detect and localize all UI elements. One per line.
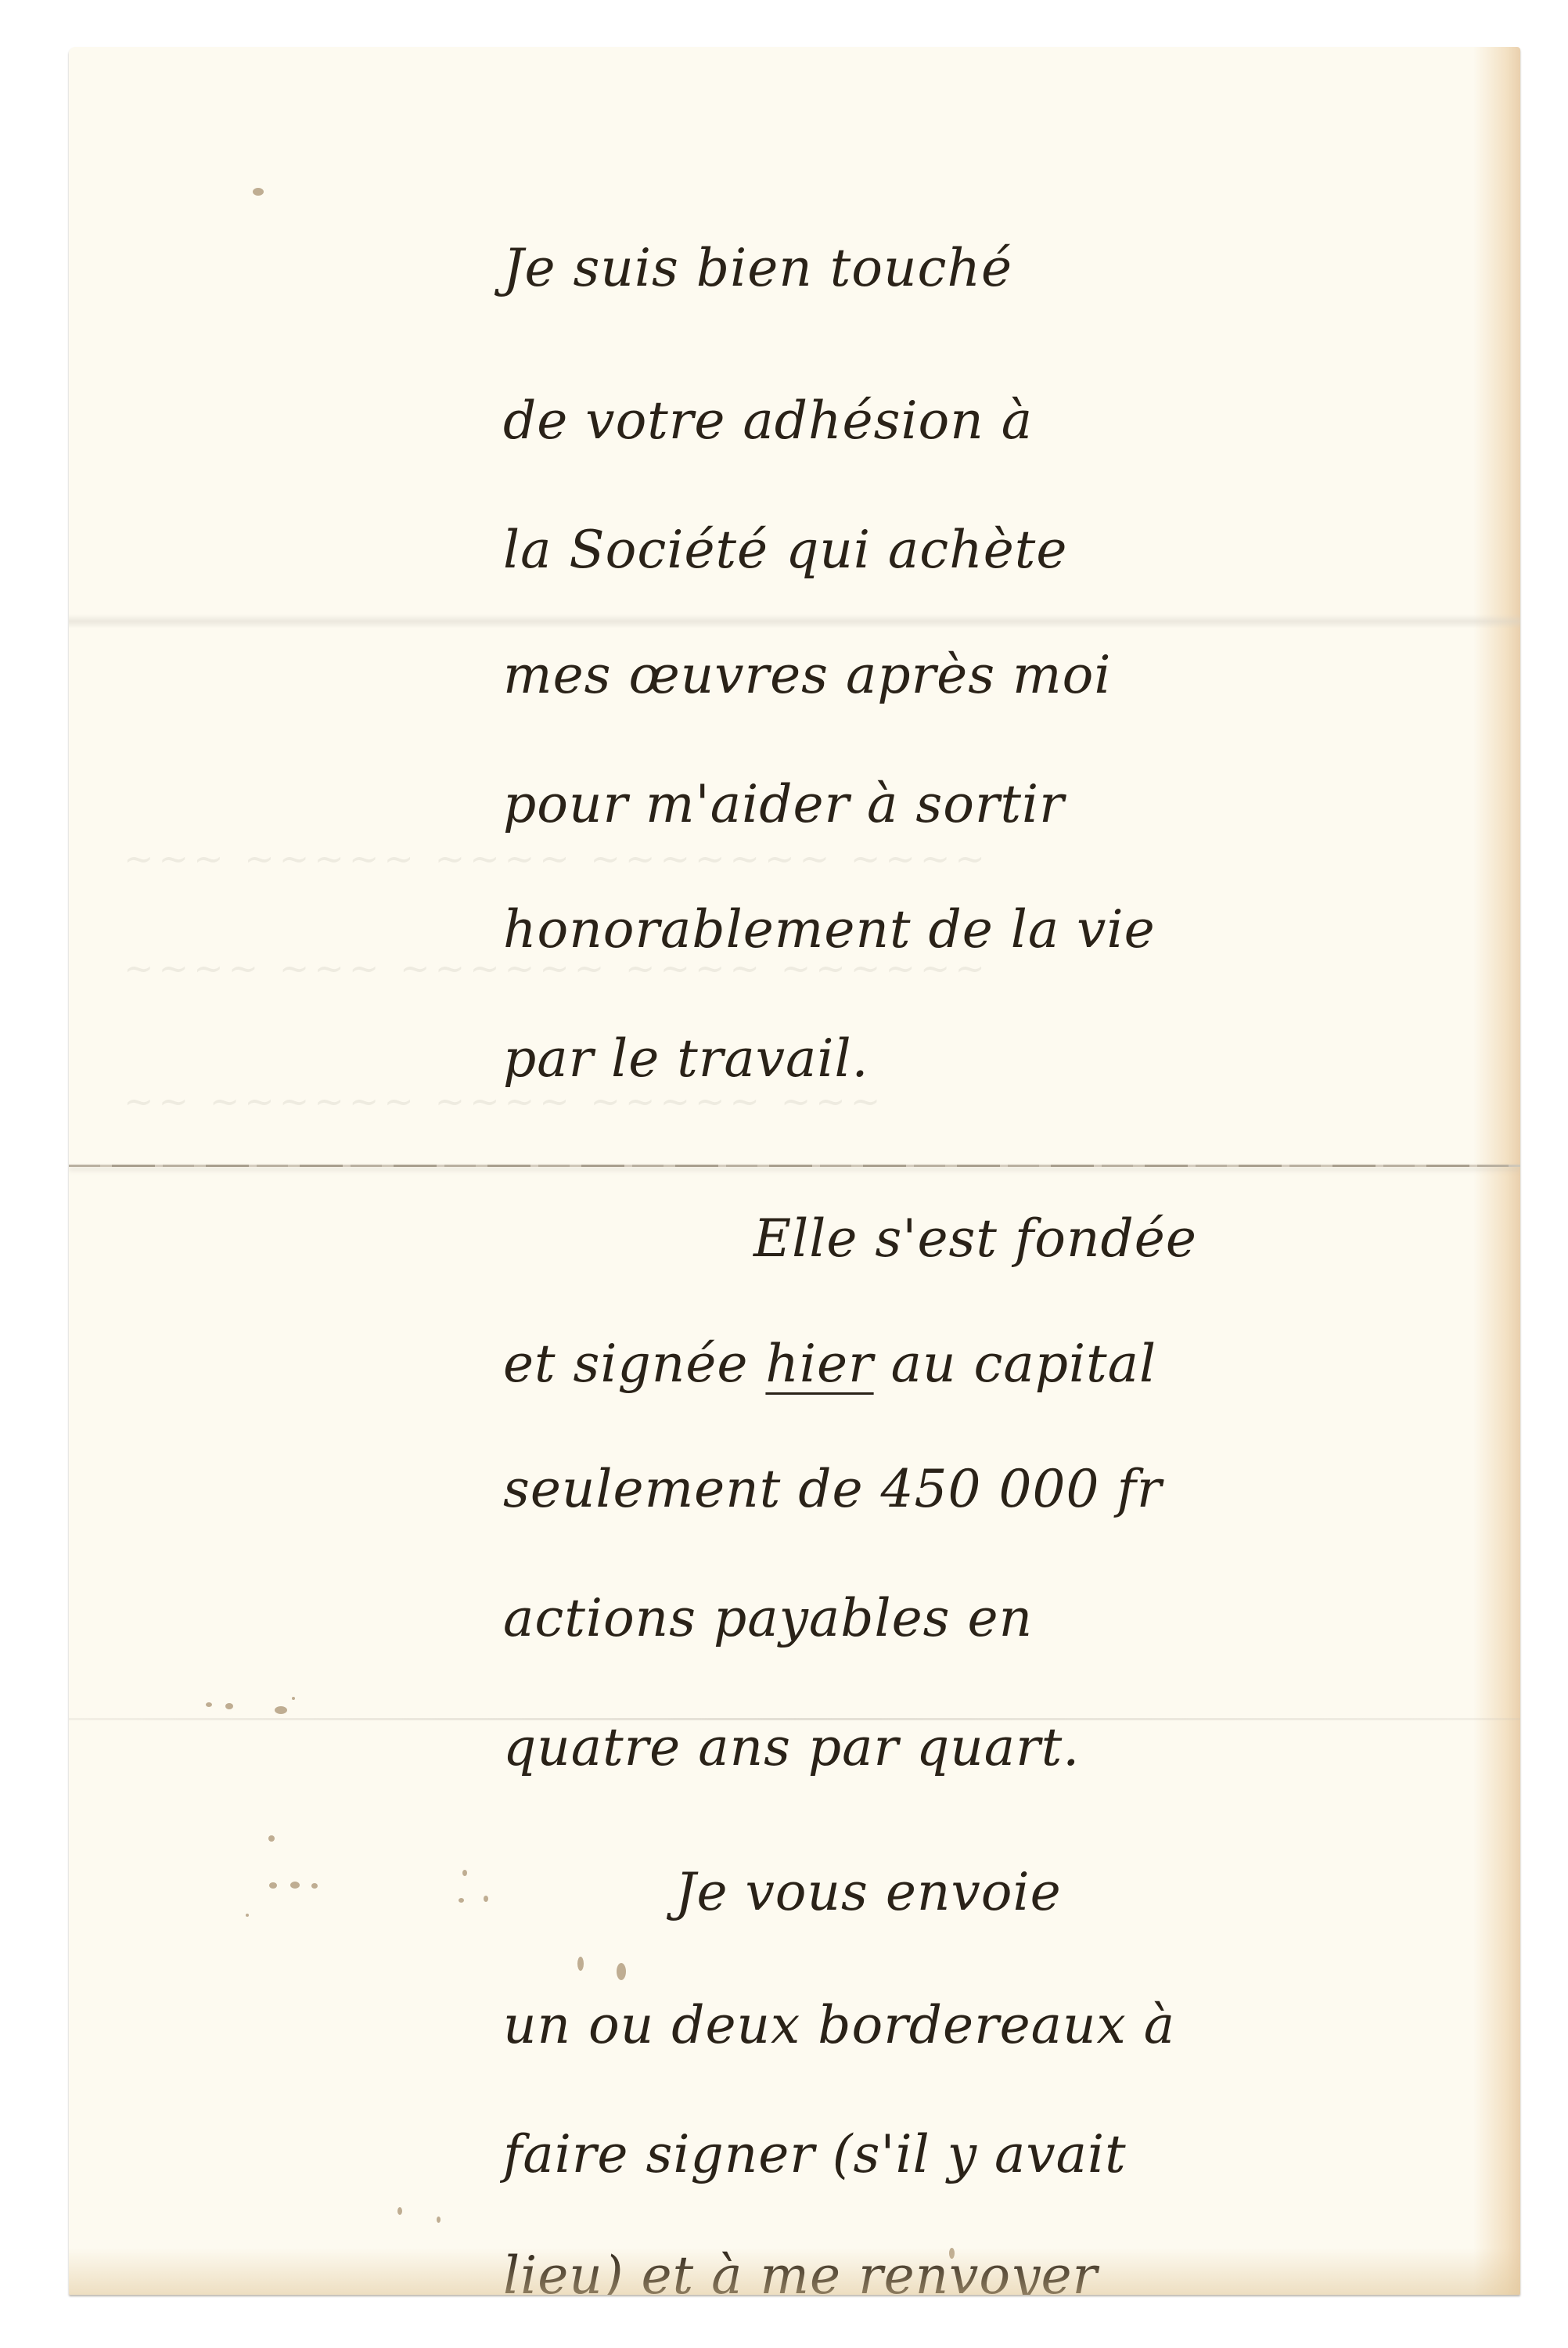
letter-line: de votre adhésion à xyxy=(503,395,1033,447)
letter-line: quatre ans par quart. xyxy=(503,1722,1080,1774)
letter-line-underlined: et signée hier au capital xyxy=(503,1338,1156,1390)
letter-line: par le travail. xyxy=(503,1033,869,1085)
ink-spot xyxy=(397,2207,402,2215)
ink-spot xyxy=(246,1914,249,1917)
ink-spot xyxy=(949,2248,955,2259)
letter-line: un ou deux bordereaux à xyxy=(503,2000,1175,2051)
ink-spot xyxy=(253,188,264,196)
ink-spot xyxy=(484,1896,488,1902)
letter-line: la Société qui achète xyxy=(503,524,1067,576)
ink-spot xyxy=(269,1882,277,1889)
letter-line: faire signer (s'il y avait xyxy=(503,2129,1127,2181)
letter-line: honorablement de la vie xyxy=(503,904,1156,956)
ink-spot xyxy=(275,1706,287,1714)
letter-line: mes œuvres après moi xyxy=(503,650,1112,701)
ink-spot xyxy=(617,1963,626,1980)
ink-spot xyxy=(311,1883,318,1889)
letter-line: Je suis bien touché xyxy=(503,243,1012,294)
letter-line: pour m'aider à sortir xyxy=(503,779,1065,830)
ink-spot xyxy=(268,1835,275,1842)
letter-line: actions payables en xyxy=(503,1593,1033,1644)
fold-crease-middle xyxy=(69,1165,1520,1167)
ink-spot xyxy=(292,1697,295,1700)
ink-spot xyxy=(459,1898,464,1903)
letter-line: Je vous envoie xyxy=(675,1867,1062,1918)
letter-sheet: ~~~ ~~~~~ ~~~~ ~~~~~~~ ~~~~ ~~~~ ~~~ ~~~… xyxy=(69,47,1520,2295)
fold-crease-upper xyxy=(69,614,1520,628)
ink-spot xyxy=(225,1703,233,1709)
ink-spot xyxy=(290,1882,300,1889)
capital-text: au capital xyxy=(874,1334,1156,1394)
underlined-word: hier xyxy=(765,1334,873,1394)
letter-line: seulement de 450 000 fr xyxy=(503,1464,1162,1515)
ink-spot xyxy=(577,1957,584,1971)
ink-spot xyxy=(462,1870,467,1876)
ink-spot xyxy=(206,1702,212,1707)
letter-line: lieu) et à me renvoyer xyxy=(503,2250,1098,2295)
reverse-side-showthrough: ~~~ ~~~~~ ~~~~ ~~~~~~~ ~~~~ xyxy=(124,837,990,880)
letter-line: Elle s'est fondée xyxy=(753,1213,1197,1265)
ink-spot xyxy=(437,2217,441,2223)
signed-text: et signée xyxy=(503,1334,765,1394)
